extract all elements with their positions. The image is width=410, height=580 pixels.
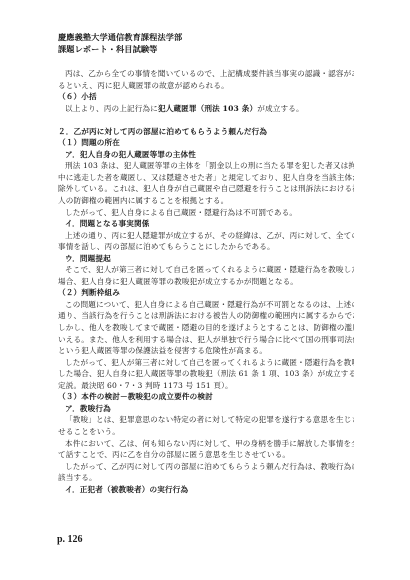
body-line: 場合、犯人自身に犯人蔵匿等罪の教唆犯が成立するかが問題となる。 [58,276,354,288]
subheading-6: （６）小括 [58,91,354,103]
subheading-1: （１）問題の所在 [58,137,354,149]
document-header: 慶應義塾大学通信教育課程法学部 課題レポート・科目試験等 [58,31,182,55]
subheading-a: ア．犯人自身の犯人蔵匿等罪の主体性 [58,149,354,161]
body-line: しかし、他人を教唆してまで蔵匿・隠避の目的を遂げようとすることは、防御権の濫用と [58,322,354,334]
document-body: 丙は、乙から全ての事情を聞いているので、上記構成要件該当事実の認識・認容があ る… [58,68,354,495]
spacer [58,114,354,126]
page-number: p. 126 [57,534,83,545]
body-line: るといえ、丙に犯人蔵匿罪の故意が認められる。 [58,80,354,92]
document-page: 慶應義塾大学通信教育課程法学部 課題レポート・科目試験等 丙は、乙から全ての事情… [0,0,410,580]
body-line: したがって、乙が丙に対して丙の部屋に泊めてもらうよう頼んだ行為は、教唆行為に [58,461,354,473]
body-line: て話すことで、丙に乙を自分の部屋に匿う意思を生じさせている。 [58,449,354,461]
body-line: 通り、当該行為を行うことは刑訴法における被告人の防御権の範囲内に属するからである… [58,310,354,322]
body-line: 人の防御権の範囲内に属することを根拠とする。 [58,195,354,207]
body-line: 事情を話し、丙の部屋に泊めてもらうことにしたからである。 [58,241,354,253]
body-line: 除外している。これは、犯人自身が自己蔵匿や自己隠避を行うことは刑訴法における被告 [58,183,354,195]
header-subtitle-line: 課題レポート・科目試験等 [58,43,182,55]
body-line: 定説。最決昭 60・7・3 判時 1173 号 151 頁）。 [58,380,354,392]
subheading-3i: イ．正犯者（被教唆者）の実行行為 [58,484,354,496]
subheading-u: ウ．問題提起 [58,253,354,265]
subheading-i: イ．問題となる事実関係 [58,218,354,230]
text-span: が成立する。 [257,104,303,113]
body-line: 中に逃走した者を蔵匿し、又は隠避させた者」と規定しており、犯人自身を当該主体から [58,172,354,184]
body-line: 「教唆」とは、犯罪意思のない特定の者に対して特定の犯罪を遂行する意思を生じさ [58,414,354,426]
body-line: この問題について、犯人自身による自己蔵匿・隠避行為が不可罰となるのは、上述の [58,299,354,311]
bold-conclusion: 犯人蔵匿罪（刑法 103 条） [158,104,257,113]
body-line: した場合、犯人自身に犯人蔵匿等罪の教唆犯（刑法 61 条 1 項、103 条）が… [58,368,354,380]
section-heading-2: ２．乙が丙に対して丙の部屋に泊めてもらうよう頼んだ行為 [58,126,354,138]
body-line: 丙は、乙から全ての事情を聞いているので、上記構成要件該当事実の認識・認容があ [58,68,354,80]
body-line: そこで、犯人が第三者に対して自己を匿ってくれるように蔵匿・隠避行為を教唆した [58,264,354,276]
body-line: という犯人蔵匿等罪の保護法益を侵害する危険性が高まる。 [58,345,354,357]
subheading-2: （２）判断枠組み [58,287,354,299]
text-span: 以上より、丙の上記行為に [65,104,158,113]
body-line: せることをいう。 [58,426,354,438]
body-line: 本件において、乙は、何も知らない丙に対して、甲の身柄を勝手に解放した事情を全 [58,438,354,450]
body-line: 該当する。 [58,472,354,484]
body-line: 刑法 103 条は、犯人蔵匿等罪の主体を「罰金以上の刑に当たる罪を犯した者又は拘… [58,160,354,172]
body-line: 以上より、丙の上記行為に犯人蔵匿罪（刑法 103 条）が成立する。 [58,103,354,115]
subheading-3a: ア．教唆行為 [58,403,354,415]
header-university-line: 慶應義塾大学通信教育課程法学部 [58,31,182,43]
subheading-3: （３）本件の検討－教唆犯の成立要件の検討 [58,391,354,403]
body-line: したがって、犯人自身による自己蔵匿・隠避行為は不可罰である。 [58,207,354,219]
body-line: したがって、犯人が第三者に対して自己を匿ってくれるように蔵匿・隠避行為を教唆 [58,357,354,369]
body-line: いえる。また、他人を利用する場合は、犯人が単独で行う場合に比べて国の刑事司法作用 [58,334,354,346]
body-line: 上述の通り、丙に犯人隠避罪が成立するが、その経緯は、乙が、丙に対して、全ての [58,230,354,242]
